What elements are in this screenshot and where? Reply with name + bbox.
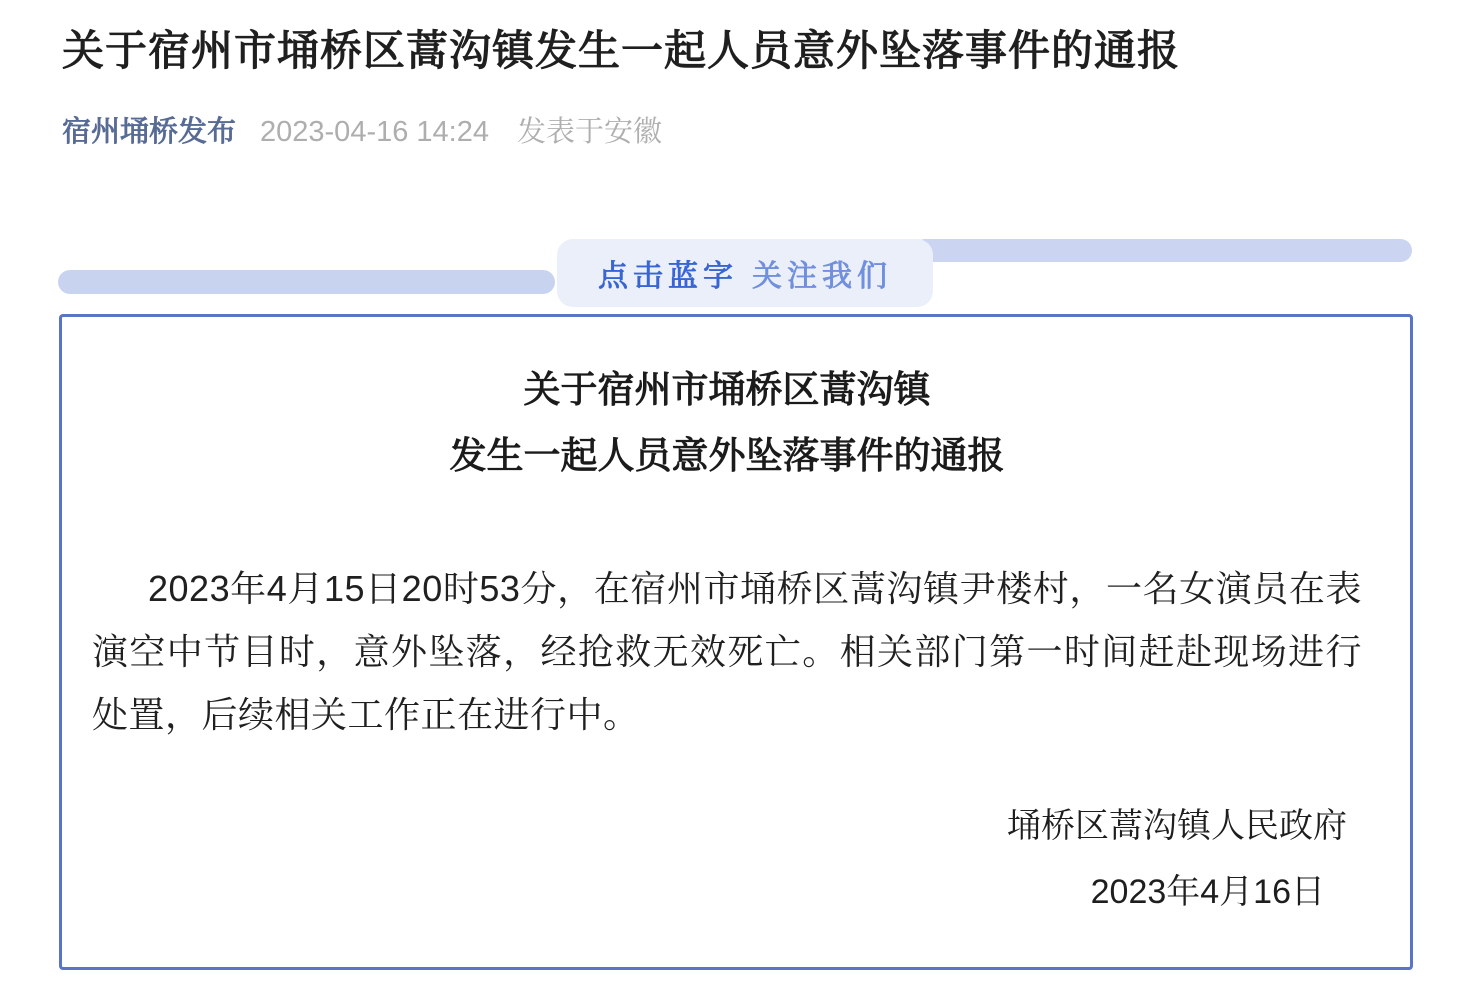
follow-banner: 点击蓝字 关注我们 <box>0 239 1466 307</box>
signature-date: 2023年4月16日 <box>92 859 1325 925</box>
notice-title-line1: 关于宿州市埇桥区蒿沟镇 <box>92 357 1362 423</box>
publish-location: 发表于安徽 <box>517 114 662 150</box>
article-meta: 宿州埇桥发布 2023-04-16 14:24 发表于安徽 <box>62 114 1404 150</box>
notice-title-line2: 发生一起人员意外坠落事件的通报 <box>92 423 1362 489</box>
notice-title: 关于宿州市埇桥区蒿沟镇 发生一起人员意外坠落事件的通报 <box>92 357 1362 489</box>
banner-click-blue-text: 点击蓝字 <box>598 251 738 295</box>
publish-timestamp: 2023-04-16 14:24 <box>260 114 489 150</box>
banner-left-decor-bar <box>58 270 555 294</box>
follow-banner-pill: 点击蓝字 关注我们 <box>557 239 933 307</box>
signature-authority: 埇桥区蒿沟镇人民政府 <box>92 793 1347 859</box>
notice-box: 关于宿州市埇桥区蒿沟镇 发生一起人员意外坠落事件的通报 2023年4月15日20… <box>59 314 1413 970</box>
banner-right-decor-bar <box>913 239 1412 262</box>
account-name-link[interactable]: 宿州埇桥发布 <box>62 114 236 150</box>
article-title: 关于宿州市埇桥区蒿沟镇发生一起人员意外坠落事件的通报 <box>62 26 1404 76</box>
banner-follow-us-text: 关注我们 <box>752 251 892 295</box>
notice-body-paragraph: 2023年4月15日20时53分，在宿州市埇桥区蒿沟镇尹楼村，一名女演员在表演空… <box>92 557 1362 746</box>
notice-signature-block: 埇桥区蒿沟镇人民政府 2023年4月16日 <box>92 793 1362 925</box>
